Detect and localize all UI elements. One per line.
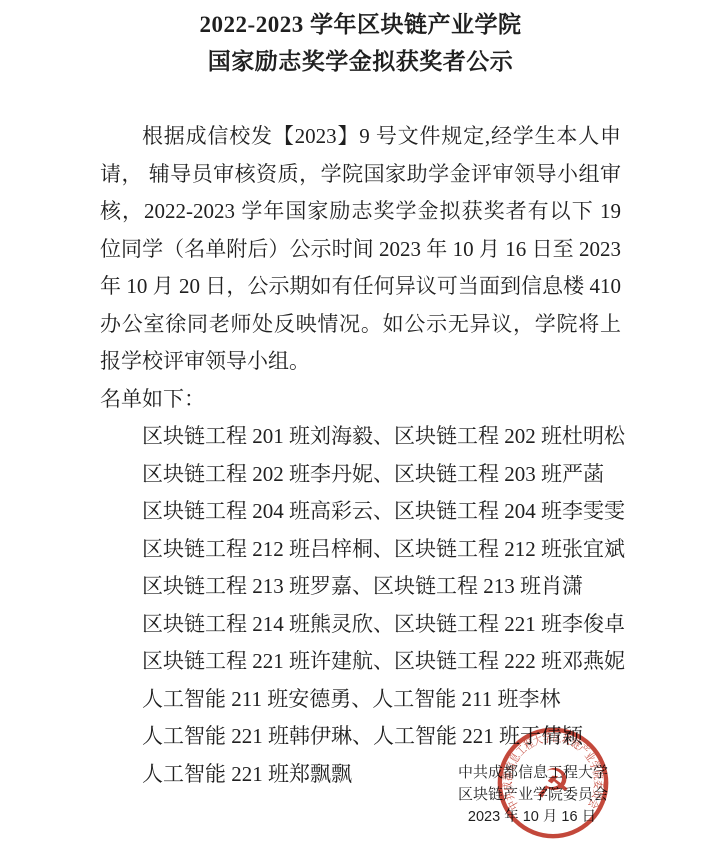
signature-date: 2023 年 10 月 16 日 [458,806,606,828]
signature-block: 中共成都信息工程大学 区块链产业学院委员会 2023 年 10 月 16 日 [458,762,606,828]
signature-org-line-1: 中共成都信息工程大学 [458,762,606,784]
announcement-document: 2022-2023 学年区块链产业学院 国家励志奖学金拟获奖者公示 根据成信校发… [0,0,708,854]
name-list-row: 区块链工程 204 班高彩云、区块链工程 204 班李雯雯 [142,493,621,531]
body-paragraph: 根据成信校发【2023】9 号文件规定,经学生本人申请， 辅导员审核资质，学院国… [100,118,621,381]
name-list-row: 区块链工程 221 班许建航、区块链工程 222 班邓燕妮 [142,643,621,681]
document-title: 2022-2023 学年区块链产业学院 国家励志奖学金拟获奖者公示 [100,6,621,80]
name-list-row: 区块链工程 202 班李丹妮、区块链工程 203 班严菡 [142,456,621,494]
name-list-intro: 名单如下： [100,381,621,419]
title-line-1: 2022-2023 学年区块链产业学院 [100,6,621,43]
document-content: 2022-2023 学年区块链产业学院 国家励志奖学金拟获奖者公示 根据成信校发… [100,6,621,793]
name-list-row: 人工智能 211 班安德勇、人工智能 211 班李林 [142,681,621,719]
signature-org-line-2: 区块链产业学院委员会 [458,784,606,806]
name-list-row: 区块链工程 212 班吕梓桐、区块链工程 212 班张宜斌 [142,531,621,569]
title-line-2: 国家励志奖学金拟获奖者公示 [100,43,621,80]
name-list-row: 区块链工程 214 班熊灵欣、区块链工程 221 班李俊卓 [142,606,621,644]
name-list-row: 区块链工程 201 班刘海毅、区块链工程 202 班杜明松 [142,418,621,456]
name-list: 区块链工程 201 班刘海毅、区块链工程 202 班杜明松区块链工程 202 班… [100,418,621,793]
name-list-row: 人工智能 221 班韩伊琳、人工智能 221 班于倩颖 [142,718,621,756]
name-list-row: 区块链工程 213 班罗嘉、区块链工程 213 班肖潇 [142,568,621,606]
